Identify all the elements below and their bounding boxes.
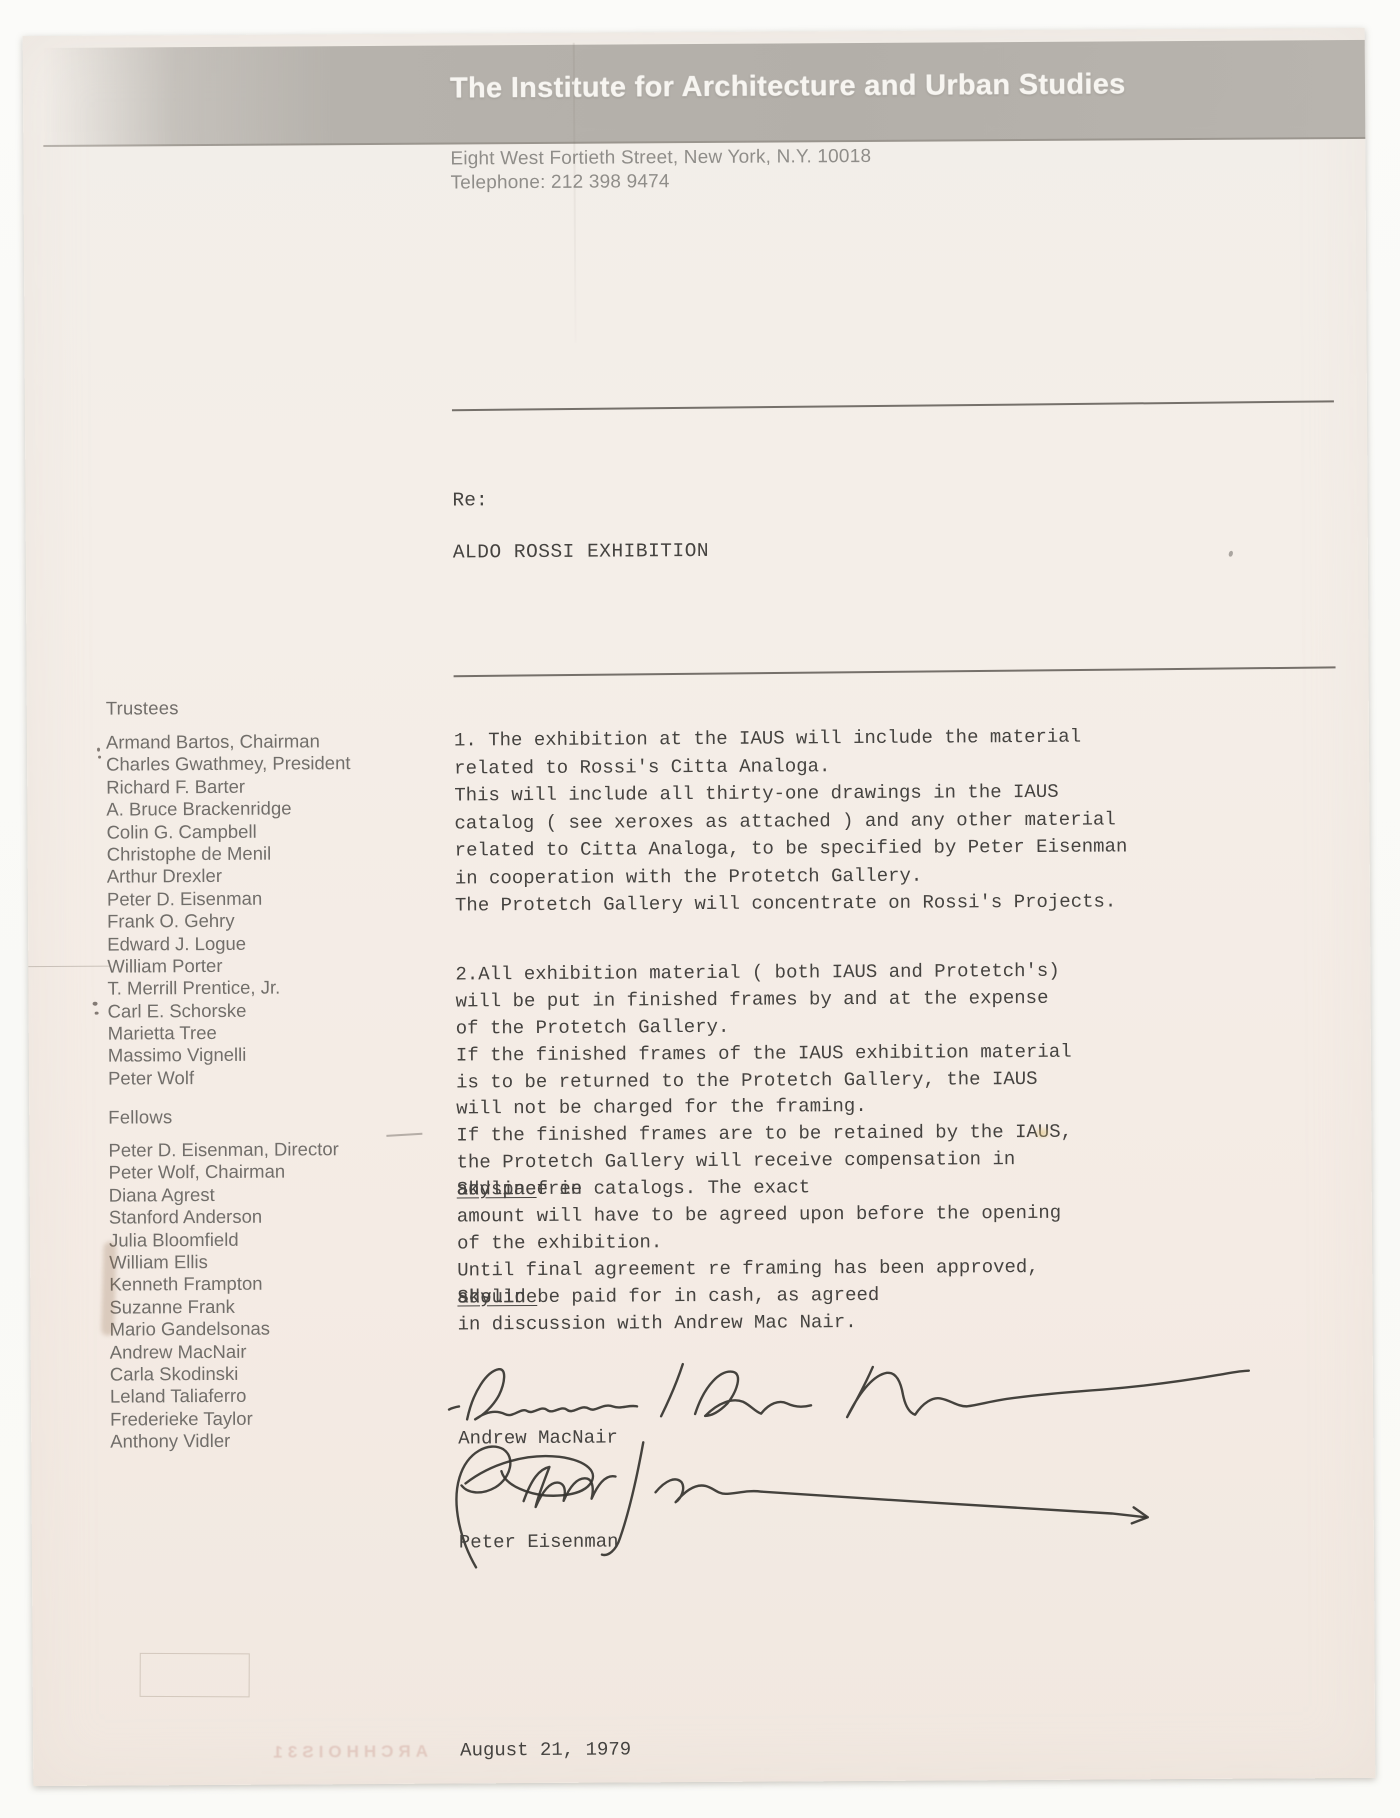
fellow-name: Leland Taliaferro bbox=[110, 1384, 340, 1408]
trustee-name: A. Bruce Brackenridge bbox=[106, 797, 351, 821]
fellow-name: Diana Agrest bbox=[109, 1183, 339, 1207]
trustee-name: Peter D. Eisenman bbox=[107, 887, 352, 911]
body-paragraph-2: 2.All exhibition material ( both IAUS an… bbox=[455, 961, 457, 1337]
fellow-name: Carla Skodinski bbox=[110, 1362, 340, 1386]
ink-speck bbox=[98, 756, 101, 759]
trustee-name: Charles Gwathmey, President bbox=[106, 753, 351, 777]
letterhead-banner: The Institute for Architecture and Urban… bbox=[43, 40, 1366, 147]
trustee-name: Marietta Tree bbox=[108, 1021, 353, 1045]
horizontal-rule-top bbox=[452, 400, 1334, 411]
trustee-name: Edward J. Logue bbox=[107, 932, 352, 956]
re-label: Re: bbox=[452, 489, 487, 511]
trustee-name: Colin G. Campbell bbox=[106, 820, 351, 844]
fellow-name: Andrew MacNair bbox=[110, 1340, 340, 1364]
fellows-list: Peter D. Eisenman, DirectorPeter Wolf, C… bbox=[108, 1138, 340, 1453]
organization-name: The Institute for Architecture and Urban… bbox=[450, 68, 1126, 105]
letter-paper: The Institute for Architecture and Urban… bbox=[23, 28, 1376, 1786]
horizontal-rule-middle bbox=[454, 666, 1336, 677]
trustee-name: Armand Bartos, Chairman bbox=[106, 730, 351, 754]
subject-line: ALDO ROSSI EXHIBITION bbox=[453, 540, 709, 564]
faint-stamp-outline bbox=[140, 1653, 250, 1697]
fellow-name: Peter D. Eisenman, Director bbox=[108, 1138, 338, 1162]
typed-name-peter-eisenman: Peter Eisenman bbox=[459, 1531, 619, 1554]
ink-speck bbox=[93, 1002, 98, 1006]
trustee-name: Christophe de Menil bbox=[107, 842, 352, 866]
ink-speck bbox=[1228, 550, 1234, 557]
trustees-list: Armand Bartos, ChairmanCharles Gwathmey,… bbox=[106, 730, 353, 1090]
scanned-letter-image: { "letterhead": { "org_name": "The Insti… bbox=[0, 0, 1400, 1818]
trustee-name: Carl E. Schorske bbox=[108, 999, 353, 1023]
trustee-name: Massimo Vignelli bbox=[108, 1044, 353, 1068]
pencil-dash-mark bbox=[386, 1133, 422, 1137]
ink-speck bbox=[97, 748, 100, 752]
fellow-name: Frederieke Taylor bbox=[110, 1407, 340, 1431]
signature-andrew-macnair bbox=[443, 1352, 1283, 1437]
fellow-name: Stanford Anderson bbox=[109, 1205, 339, 1229]
body-paragraph-1: 1. The exhibition at the IAUS will inclu… bbox=[454, 727, 455, 919]
ink-speck bbox=[95, 1012, 99, 1015]
paper-stain bbox=[1033, 1126, 1051, 1140]
trustee-name: Frank O. Gehry bbox=[107, 909, 352, 933]
fellow-name: Julia Bloomfield bbox=[109, 1228, 339, 1252]
fellow-name: Peter Wolf, Chairman bbox=[109, 1161, 339, 1185]
margin-smudge bbox=[101, 1241, 117, 1335]
address-line: Eight West Fortieth Street, New York, N.… bbox=[450, 145, 871, 171]
fellow-name: William Ellis bbox=[109, 1250, 339, 1274]
trustees-heading: Trustees bbox=[106, 697, 179, 719]
fellow-name: Kenneth Frampton bbox=[109, 1273, 339, 1297]
paper-crease-horizontal bbox=[28, 966, 110, 968]
fellow-name: Anthony Vidler bbox=[110, 1429, 340, 1453]
trustee-name: T. Merrill Prentice, Jr. bbox=[107, 976, 352, 1000]
letterhead-address-block: Eight West Fortieth Street, New York, N.… bbox=[450, 145, 871, 195]
trustee-name: Richard F. Barter bbox=[106, 775, 351, 799]
telephone-line: Telephone: 212 398 9474 bbox=[450, 168, 871, 194]
fellow-name: Mario Gandelsonas bbox=[110, 1317, 340, 1341]
trustee-name: Arthur Drexler bbox=[107, 864, 352, 888]
fellows-heading: Fellows bbox=[108, 1106, 172, 1128]
bleed-through-stamp-text: ARCHHOIS31 bbox=[233, 1741, 463, 1762]
date-line: August 21, 1979 bbox=[460, 1738, 631, 1761]
fellow-name: Suzanne Frank bbox=[109, 1295, 339, 1319]
trustee-name: William Porter bbox=[107, 954, 352, 978]
trustee-name: Peter Wolf bbox=[108, 1066, 353, 1090]
